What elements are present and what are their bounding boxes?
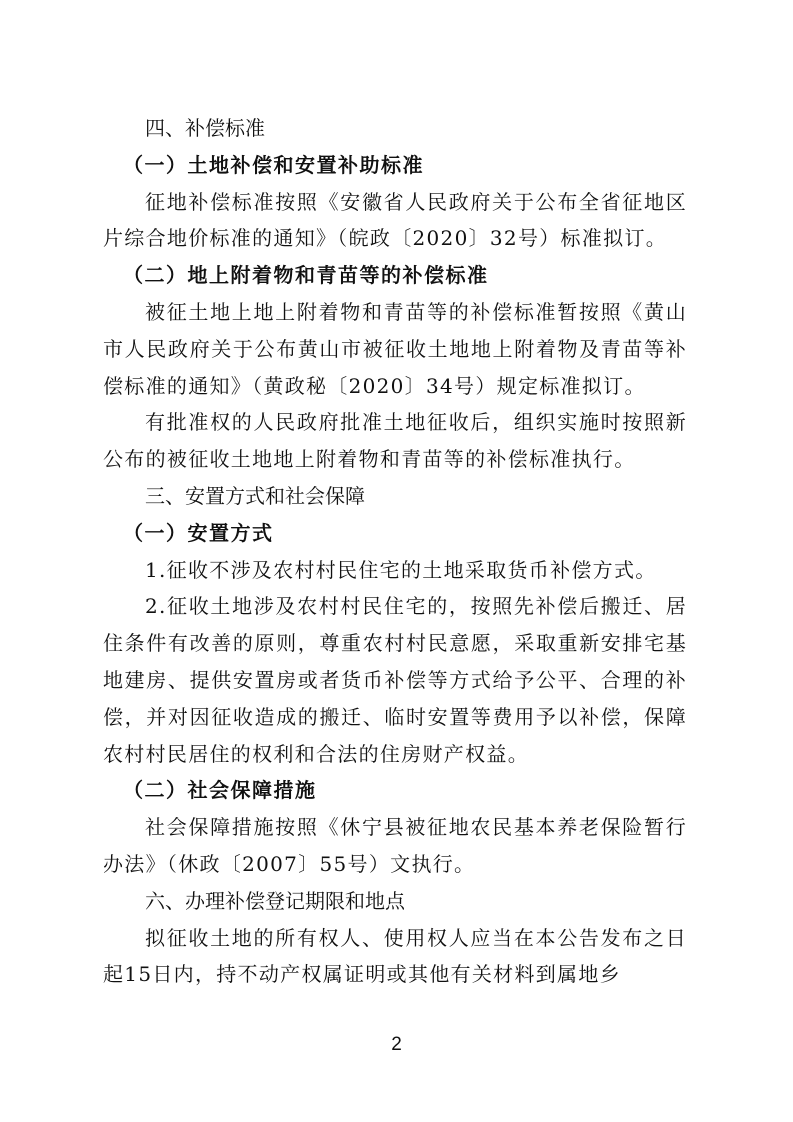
paragraph-land-compensation: 征地补偿标准按照《安徽省人民政府关于公布全省征地区片综合地价标准的通知》（皖政〔… [103, 184, 687, 258]
paragraph-social-security: 社会保障措施按照《休宁县被征地农民基本养老保险暂行办法》（休政〔2007〕55号… [103, 809, 687, 883]
document-body: 四、补偿标准 （一）土地补偿和安置补助标准 征地补偿标准按照《安徽省人民政府关于… [103, 110, 687, 993]
paragraph-new-standard: 有批准权的人民政府批准土地征收后，组织实施时按照新公布的被征收土地地上附着物和青… [103, 404, 687, 478]
page-number: 2 [0, 1034, 793, 1056]
paragraph-method-2: 2.征收土地涉及农村村民住宅的，按照先补偿后搬迁、居住条件有改善的原则，尊重农村… [103, 588, 687, 772]
subheading-land-compensation: （一）土地补偿和安置补助标准 [103, 147, 687, 184]
section-heading-registration: 六、办理补偿登记期限和地点 [103, 883, 687, 920]
section-heading-compensation-standards: 四、补偿标准 [103, 110, 687, 147]
section-heading-resettlement: 三、安置方式和社会保障 [103, 478, 687, 515]
subheading-attachments-crops: （二）地上附着物和青苗等的补偿标准 [103, 257, 687, 294]
subheading-social-security: （二）社会保障措施 [103, 772, 687, 809]
subheading-resettlement-methods: （一）安置方式 [103, 515, 687, 552]
paragraph-attachments-standard: 被征土地上地上附着物和青苗等的补偿标准暂按照《黄山市人民政府关于公布黄山市被征收… [103, 294, 687, 404]
paragraph-registration: 拟征收土地的所有权人、使用权人应当在本公告发布之日起15日内，持不动产权属证明或… [103, 920, 687, 994]
document-page: 四、补偿标准 （一）土地补偿和安置补助标准 征地补偿标准按照《安徽省人民政府关于… [0, 0, 793, 1122]
paragraph-method-1: 1.征收不涉及农村村民住宅的土地采取货币补偿方式。 [103, 552, 687, 589]
